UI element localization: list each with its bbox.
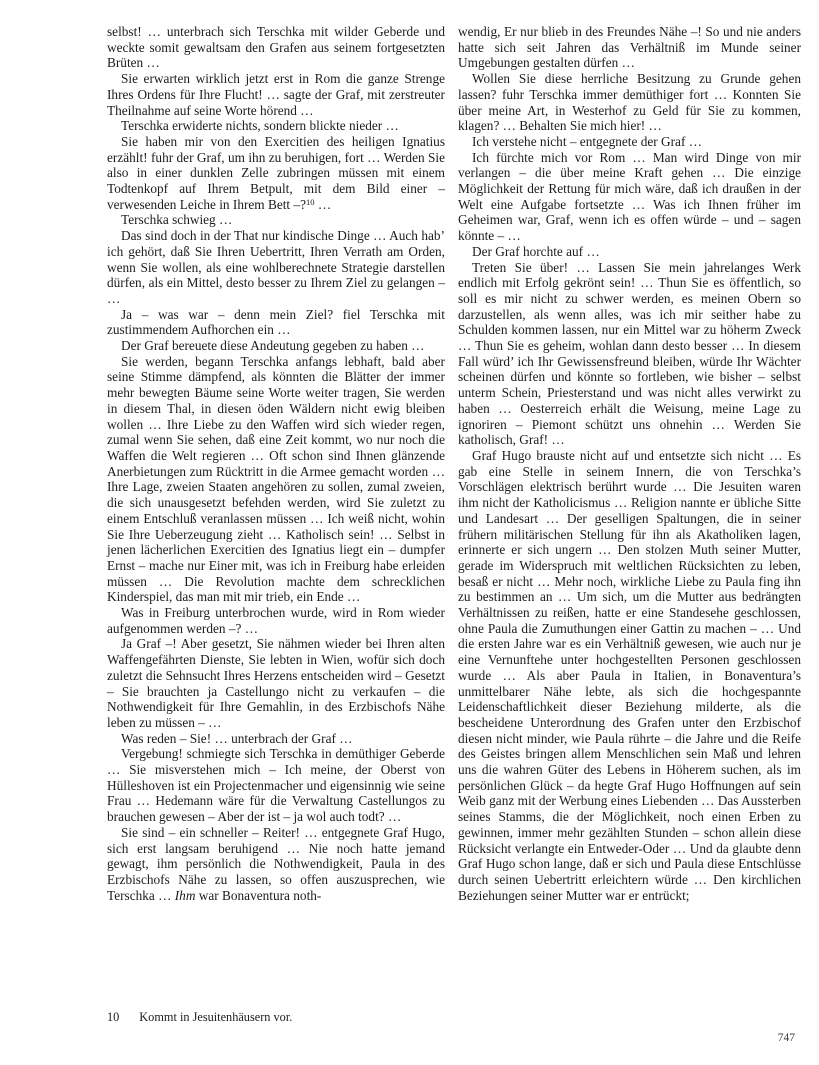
- paragraph: selbst! … unterbrach sich Terschka mit w…: [107, 24, 445, 71]
- paragraph: Treten Sie über! … Lassen Sie mein jahre…: [458, 260, 801, 448]
- paragraph: Ja Graf –! Aber gesetzt, Sie nähmen wied…: [107, 636, 445, 730]
- paragraph: Ich fürchte mich vor Rom … Man wird Ding…: [458, 150, 801, 244]
- paragraph: Ich verstehe nicht – entgegnete der Graf…: [458, 134, 801, 150]
- book-page: selbst! … unterbrach sich Terschka mit w…: [0, 0, 819, 1065]
- paragraph: Der Graf bereuete diese Andeutung gegebe…: [107, 338, 445, 354]
- footnote-number: 10: [107, 1010, 119, 1025]
- paragraph: Ja – was war – denn mein Ziel? fiel Ters…: [107, 307, 445, 338]
- footnote: 10Kommt in Jesuitenhäusern vor.: [107, 1010, 292, 1025]
- paragraph: Sie erwarten wirklich jetzt erst in Rom …: [107, 71, 445, 118]
- footnote-marker-ref: 10: [306, 197, 315, 207]
- right-column: wendig, Er nur blieb in des Freundes Näh…: [458, 24, 801, 903]
- paragraph: Graf Hugo brauste nicht auf und entsetzt…: [458, 448, 801, 903]
- paragraph: Der Graf horchte auf …: [458, 244, 801, 260]
- paragraph: Terschka erwiderte nichts, sondern blick…: [107, 118, 445, 134]
- paragraph: Was reden – Sie! … unterbrach der Graf …: [107, 731, 445, 747]
- paragraph: Terschka schwieg …: [107, 212, 445, 228]
- paragraph: Das sind doch in der That nur kindische …: [107, 228, 445, 307]
- text-columns: selbst! … unterbrach sich Terschka mit w…: [107, 24, 801, 903]
- paragraph: Sie sind – ein schneller – Reiter! … ent…: [107, 825, 445, 904]
- italic-text: Ihm: [175, 888, 196, 903]
- page-number: 747: [778, 1032, 795, 1044]
- paragraph: wendig, Er nur blieb in des Freundes Näh…: [458, 24, 801, 71]
- paragraph: Sie haben mir von den Exercitien des hei…: [107, 134, 445, 213]
- footnote-text: Kommt in Jesuitenhäusern vor.: [139, 1010, 292, 1024]
- paragraph: Wollen Sie diese herrliche Besitzung zu …: [458, 71, 801, 134]
- left-column: selbst! … unterbrach sich Terschka mit w…: [107, 24, 445, 903]
- paragraph: Vergebung! schmiegte sich Terschka in de…: [107, 746, 445, 825]
- paragraph: Was in Freiburg unterbrochen wurde, wird…: [107, 605, 445, 636]
- paragraph: Sie werden, begann Terschka anfangs lebh…: [107, 354, 445, 605]
